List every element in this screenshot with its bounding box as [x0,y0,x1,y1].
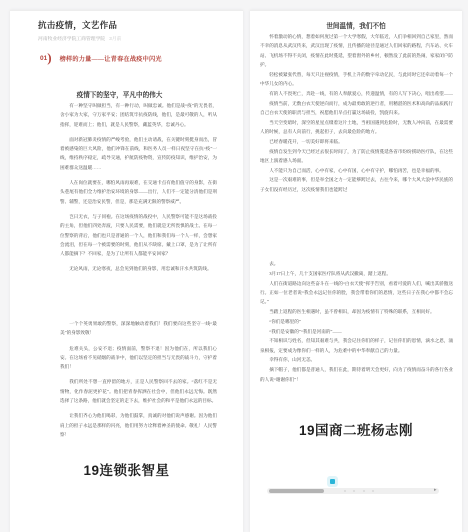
essay-paragraph: “我们是安徽的”“我们是河南的”—— [260,327,453,336]
essay-paragraph: 已经春暖花开，一切美好即将来临。 [260,137,453,146]
essay-paragraph: 摘下帽子，他们都是普通人，我们在此，期待着明天会更好，向为了疫情而奋斗的各行各业… [260,365,453,384]
document-subtitle: 河南牧业经济学院工商管理学院3月前 [38,35,233,42]
slider-dot-icon[interactable] [330,479,335,484]
essay-paragraph: 不知相识与姓名，但知其艰难与共，我会记住你们的样子，记住你们的恩情，滴水之恩，涌… [260,336,453,355]
essay-paragraph: 岂曰无衣，与子同袍。在这场疫情的战役中，人民警察可能不是这场战役的主角，但他们四… [60,212,217,258]
essay-paragraph: 人不能只为自己而活，心中有家，心中有国，心中有守护，哪怕再苦，也是幸福的事。 [260,166,453,175]
essay-paragraph: 无论风雨，无论寒夜，总会见到他们的身影，用忠诚和汗水共筑防线。 [60,264,217,273]
essay-paragraph: 一个个英勇果敢的警察，深深地触动着我们！我们要向这些坚守一线“最美”的身影致敬！ [60,319,217,338]
essay-paragraph: 当天空变暗时，深空的星星点缀着这片土地，当祖国遇到危险时，无数人冲向前，在最需要… [260,118,453,137]
essay-paragraph: 3月17日上午，几十支国家医疗队将从武汉撤离，踏上返程。 [260,269,453,278]
essay-paragraph: 幸得有你，山河无恙。 [260,355,453,364]
timestamp: 3月前 [109,37,121,42]
left-page: 抗击疫情，文艺作品 河南牧业经济学院工商管理学院3月前 01 ) 榜样的力量——… [10,10,243,532]
canvas: 抗击疫情，文艺作品 河南牧业经济学院工商管理学院3月前 01 ) 榜样的力量——… [0,0,468,532]
scroll-right-arrow-icon[interactable]: ▸ [434,487,437,494]
essay-title-left: 疫情下的坚守，平凡中的伟大 [10,89,229,99]
essay-body-top-left: 有一种坚守叫做担当，有一种行动，叫做忠诚。他们是战“疫”的无畏者，舍小家为大家，… [60,101,217,280]
essay-paragraph: 怀着激动的心情，想着如何度过第一个大学寒假，大年临近，人们争相回到自己家里，然而… [260,32,453,69]
essay-paragraph: “你们是哪里的” [260,317,453,326]
essay-paragraph: 面对新冠肺炎疫情的严峻考验，他们主动请战，在关键时刻挺身而出，冒着被感染的巨大风… [60,135,217,172]
section-heading: 01 ) 榜样的力量——让青春在战疫中闪光 [40,53,231,63]
essay-paragraph: 轻松被紧张代替，每天只注视疫情，手机上升的数字牵动亿民，与此同时它还牵动着每一个… [260,70,453,89]
author-signature-right: 19国商二班杨志刚 [250,419,462,439]
document-header: 抗击疫情，文艺作品 河南牧业经济学院工商管理学院3月前 [38,19,233,42]
document-title: 抗击疫情，文艺作品 [38,19,233,31]
author-signature-left: 19连锁张智星 [10,459,243,479]
essay-title-right: 世间温情，我们不怕 [250,20,462,30]
essay-paragraph: 我们所处不想一直停留的地方，正是人民警察回不去的家。“落红不是无情物，化作春泥更… [60,377,217,405]
essay-paragraph: 疫情当前，无数白衣天使逆向而行，成为最勇敢的逆行者，用精湛的医术和高尚的品质践行… [260,99,453,118]
essay-paragraph: 人们在街道路边向这些奋斗在一线的“白衣天使”挥手告别，看着可爱的人们，喊出其骄傲… [260,279,453,307]
essay-paragraph: 去。 [260,259,453,268]
essay-paragraph: 当踏上返程的医生相遇时，虽不曾相识，却因为疫情有了特殊的联系，互相问好。 [260,307,453,316]
track-tick-icon [372,490,374,492]
track-tick-icon [353,490,355,492]
essay-body-bottom-right: 去。3月17日上午，几十支国家医疗队将从武汉撤离，踏上返程。人们在街道路边向这些… [260,259,453,384]
section-number: 01 [40,55,47,62]
scrollbar-thumb[interactable] [269,489,324,493]
section-title: 榜样的力量——让青春在战疫中闪光 [60,54,162,63]
institution-name: 河南牧业经济学院工商管理学院 [38,37,105,42]
section-paren-icon: ) [47,53,51,63]
essay-body-bottom-left: 一个个英勇果敢的警察，深深地触动着我们！我们要向这些坚守一线“最美”的身影致敬！… [60,319,217,445]
essay-paragraph: 让我们齐心为他们喝彩，为他们鼓掌，真诚的对他们说声感谢。因为他们肩上的担子永远是… [60,411,217,439]
essay-paragraph: 危难关头，公安不退；疫情面前，警察不退！因为他们在，所以我们心安。在这场看不见硝… [60,344,217,372]
track-tick-icon [363,490,365,492]
essay-paragraph: 疫情自发生到今天已经过去很长时间了，为了防止疫情蔓延各省市纷纷援助医疗队，在这些… [260,147,453,166]
essay-paragraph: 人在岗位就要在，哪怕风雨再艰难，在交通卡点有他们值守的身影，在街头巷尾有他们全力… [60,178,217,206]
track-tick-icon [344,490,346,492]
essay-paragraph: 有的人不畏死亡，奔赴一线，有的人奉献爱心，传递温情，有的人写下决心，唱出希望—— [260,89,453,98]
essay-paragraph: 有一种坚守叫做担当，有一种行动，叫做忠诚。他们是战“疫”的无畏者，舍小家为大家，… [60,101,217,129]
essay-body-top-right: 怀着激动的心情，想着如何度过第一个大学寒假，大年临近，人们争相回到自己家里，然而… [260,32,453,195]
essay-paragraph: 这是一次艰难的事，但是举全国之力一定能够跨过去，古往今来，哪个大风大浪中华民族的… [260,175,453,194]
right-page: 世间温情，我们不怕 怀着激动的心情，想着如何度过第一个大学寒假，大年临近，人们争… [250,10,462,532]
